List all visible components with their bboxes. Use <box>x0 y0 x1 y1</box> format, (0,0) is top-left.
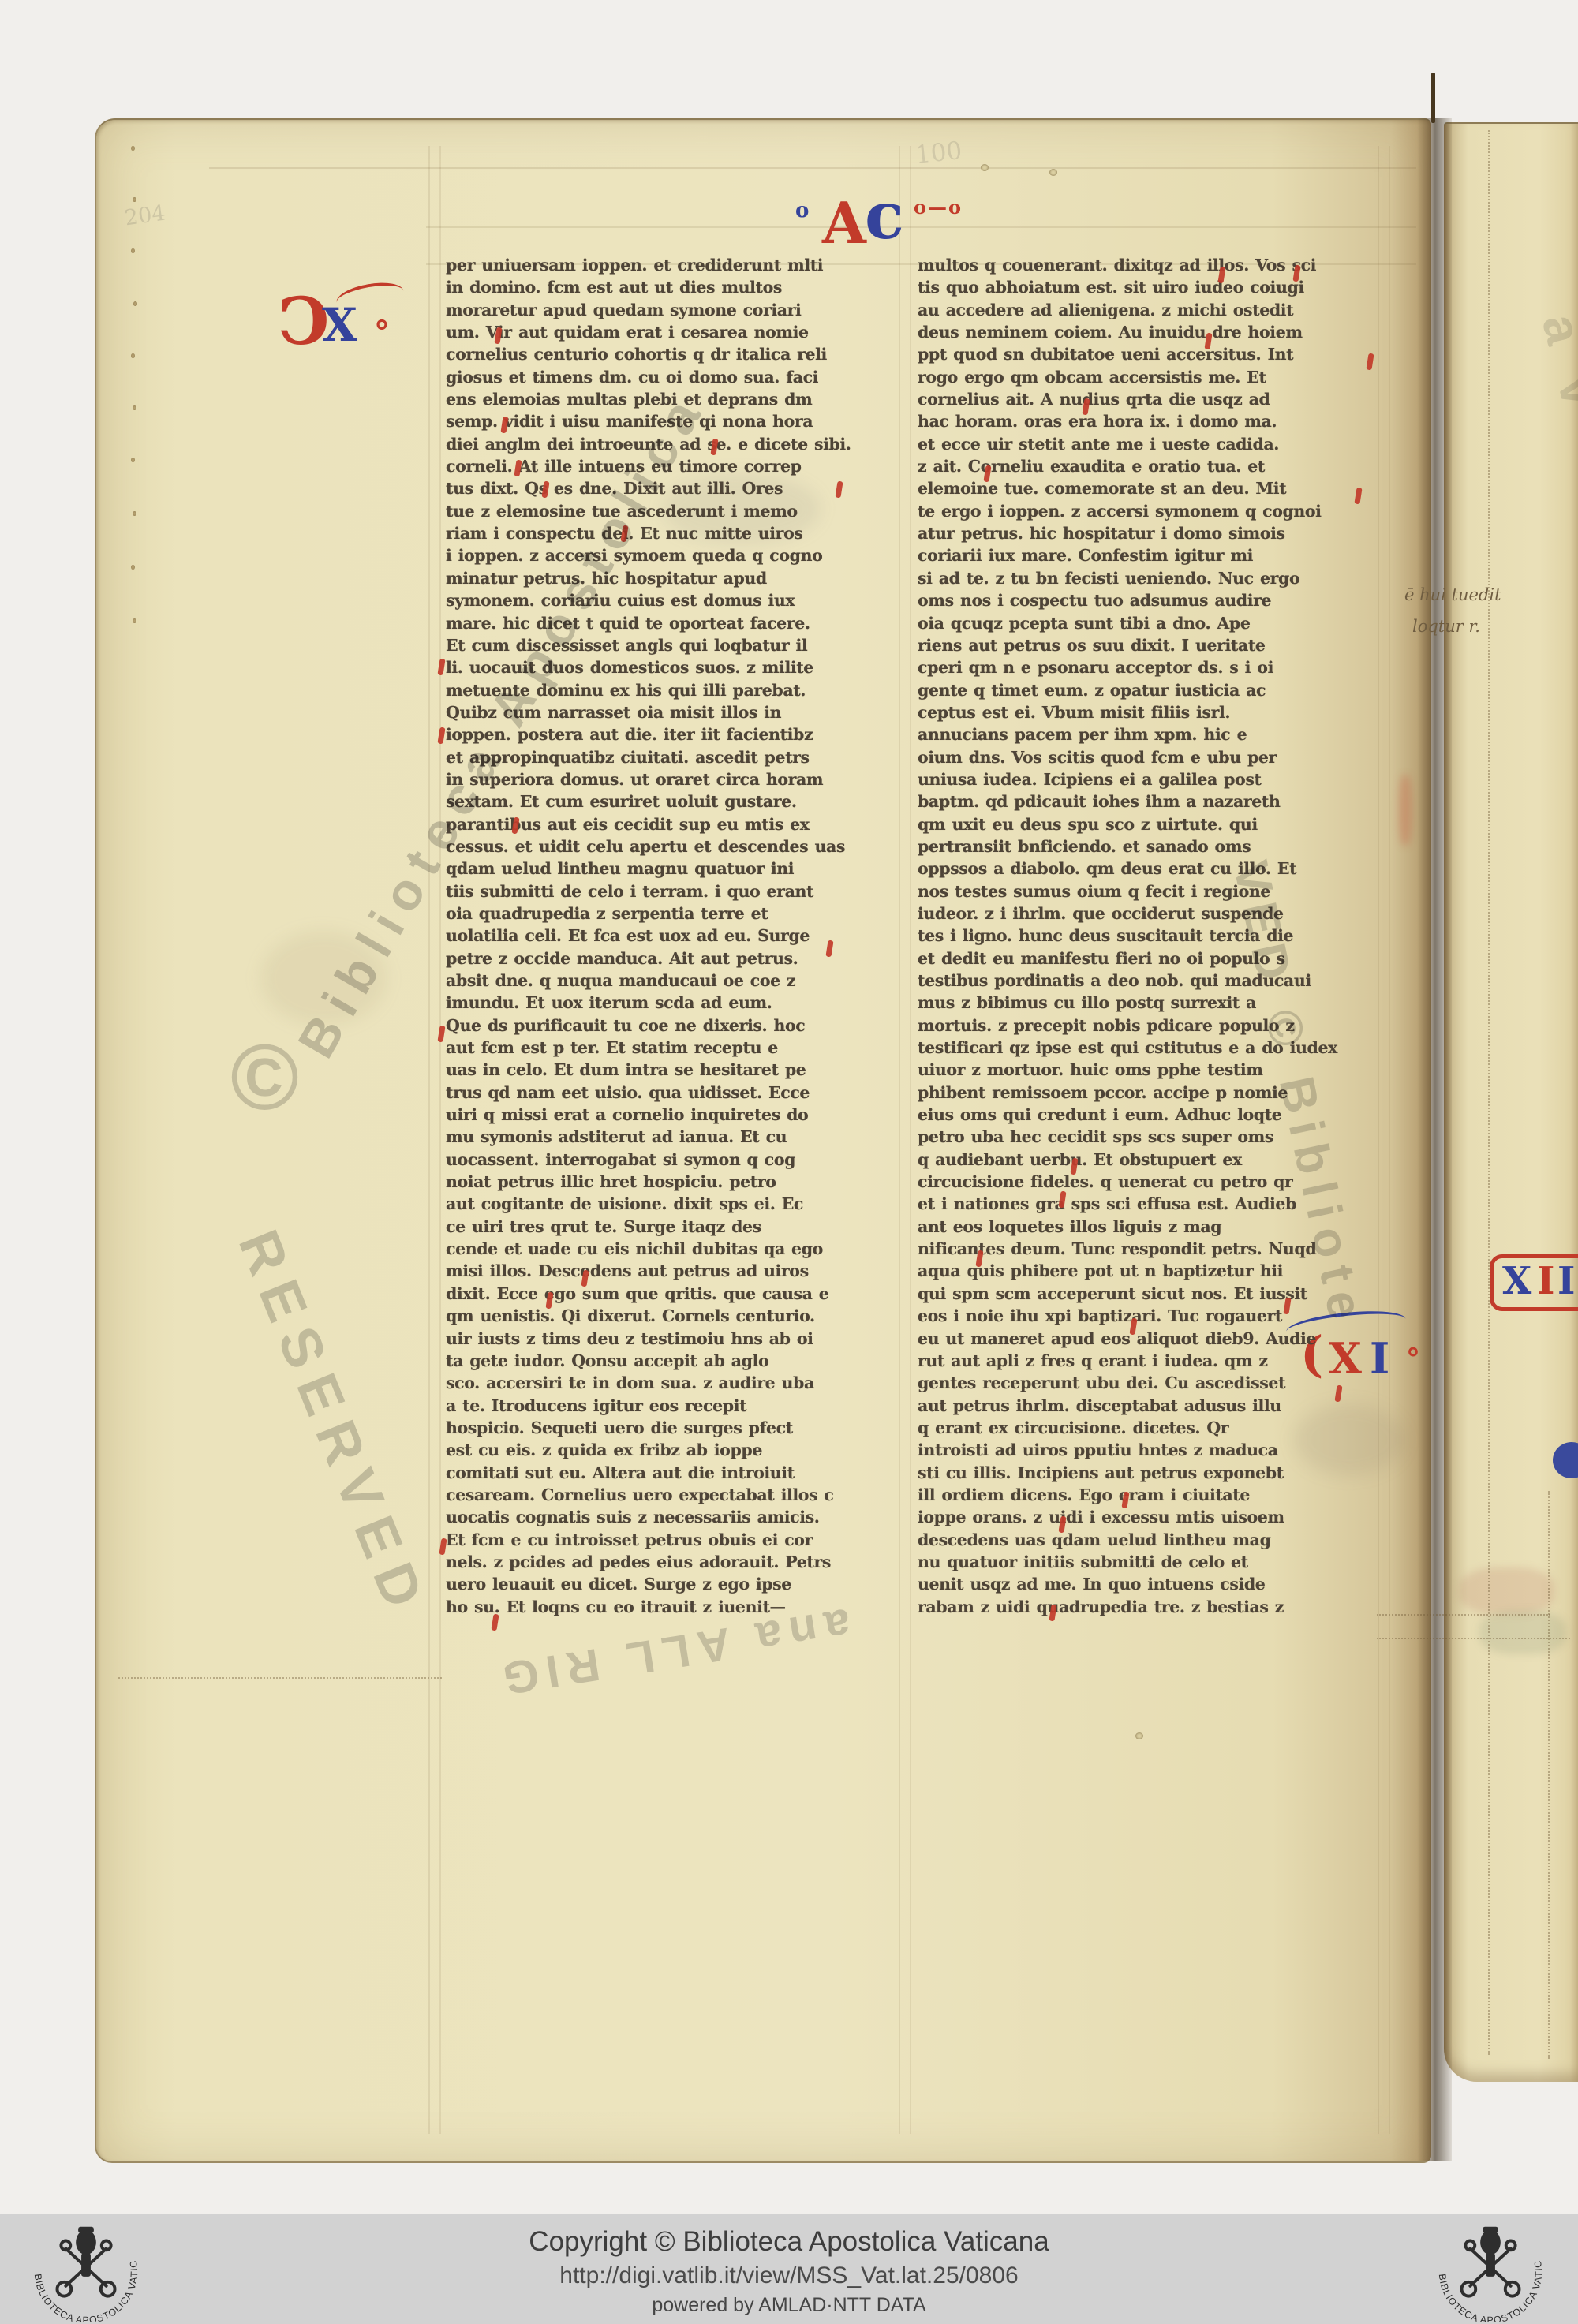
manuscript-line: annucians pacem per ihm xpm. hic e <box>918 723 1385 745</box>
manuscript-line: aut fcm est p ter. Et statim receptu e <box>446 1037 913 1059</box>
manuscript-line: tiis submitti de celo i terram. i quo er… <box>446 880 913 902</box>
manuscript-line: symonem. coriariu cuius est domus iux <box>446 589 913 611</box>
wormhole <box>1049 169 1057 176</box>
red-bleedthrough <box>1399 775 1412 846</box>
manuscript-line: sti cu illis. Incipiens aut petrus expon… <box>918 1462 1385 1484</box>
manuscript-line: mortuis. z precepit nobis pdicare populo… <box>918 1014 1385 1037</box>
manuscript-line: testibus pordinatis a deo nob. qui maduc… <box>918 970 1385 992</box>
manuscript-line: tes i ligno. hunc deus suscitauit tercia… <box>918 925 1385 947</box>
chapter-xii-numeral-i1: I <box>1537 1259 1554 1303</box>
manuscript-line: nu quatuor initiis submitti de celo et <box>918 1551 1385 1573</box>
pricking-hole <box>133 618 136 623</box>
footer-url: http://digi.vatlib.it/view/MSS_Vat.lat.2… <box>0 2262 1578 2289</box>
header-flourish-right: o—o <box>914 196 963 219</box>
manuscript-line: au accedere ad alienigena. z michi osted… <box>918 299 1385 321</box>
manuscript-line: a te. Itroducens igitur eos recepit <box>446 1395 913 1417</box>
vatican-library-logo-left: BIBLIOTECA APOSTOLICA VATICANA <box>24 2218 148 2322</box>
marginal-gloss-line1: ē hui tuedit <box>1404 585 1501 604</box>
manuscript-line: riens aut petrus os suu dixit. I ueritat… <box>918 634 1385 656</box>
manuscript-line: et ecce uir stetit ante me i ueste cadid… <box>918 433 1385 455</box>
manuscript-line: est cu eis. z quida ex fribz ab ioppe <box>446 1439 913 1461</box>
manuscript-line: oium dns. Vos scitis quod fcm e ubu per <box>918 746 1385 768</box>
manuscript-line: imundu. Et uox iterum scda ad eum. <box>446 992 913 1014</box>
pricking-hole <box>131 565 135 570</box>
pricking-hole <box>133 197 136 202</box>
wormhole <box>981 164 989 171</box>
manuscript-line: rut aut apli z fres q erant i iudea. qm … <box>918 1350 1385 1372</box>
manuscript-line: aut petrus ihrlm. disceptabat adusus ill… <box>918 1395 1385 1417</box>
manuscript-line: mus z bibimus cu illo postq surrexit a <box>918 992 1385 1014</box>
manuscript-line: uir iusts z tims deu z testimoiu hns ab … <box>446 1328 913 1350</box>
manuscript-line: cperi qm n e psonaru acceptor ds. s i oi <box>918 656 1385 678</box>
manuscript-line: uocassent. interrogabat si symon q cog <box>446 1149 913 1171</box>
manuscript-line: eos i noie ihu xpi baptizari. Tuc rogaue… <box>918 1305 1385 1327</box>
manuscript-line: multos q couenerant. dixitqz ad illos. V… <box>918 254 1385 276</box>
footer-powered-by: powered by AMLAD·NTT DATA <box>0 2294 1578 2317</box>
manuscript-line: cende et uade cu eis nichil dubitas qa e… <box>446 1238 913 1260</box>
ruling-line <box>439 146 441 2134</box>
ruling-line <box>1548 1491 1550 2059</box>
manuscript-line: tis quo abhoiatum est. sit uiro iudeo co… <box>918 276 1385 298</box>
manuscript-line: uenit usqz ad me. In quo intuens cside <box>918 1573 1385 1595</box>
manuscript-line: riam i conspectu dei. Et nuc mitte uiros <box>446 522 913 544</box>
manuscript-line: hac horam. oras era hora ix. i domo ma. <box>918 410 1385 432</box>
ruling-line <box>428 146 430 2134</box>
manuscript-line: dixit. Ecce ego sum que qritis. que caus… <box>446 1283 913 1305</box>
wormhole <box>1135 1732 1143 1739</box>
manuscript-line: noiat petrus illic hret hospiciu. petro <box>446 1171 913 1193</box>
manuscript-line: hospicio. Sequeti uero die surges pfect <box>446 1417 913 1439</box>
pricking-hole <box>133 511 136 516</box>
manuscript-line: ioppe orans. z uidi i excessu mtis uisoe… <box>918 1506 1385 1528</box>
running-title-letter-c: c <box>865 178 904 254</box>
manuscript-line: ppt quod sn dubitatoe ueni accersitus. I… <box>918 343 1385 365</box>
manuscript-line: oia quadrupedia z serpentia terre et <box>446 902 913 925</box>
manuscript-line: in domino. fcm est aut ut dies multos <box>446 276 913 298</box>
manuscript-line: qm uxit eu deus spu sco z uirtute. qui <box>918 813 1385 835</box>
manuscript-line: trus qd nam eet uisio. qua uidisset. Ecc… <box>446 1082 913 1104</box>
manuscript-line: oppssos a diabolo. qm deus erat cu illo.… <box>918 857 1385 880</box>
manuscript-line: mare. hic dicet t quid te oporteat facer… <box>446 612 913 634</box>
ruling-line <box>426 226 1416 228</box>
manuscript-line: si ad te. z tu bn fecisti ueniendo. Nuc … <box>918 567 1385 589</box>
manuscript-line: sco. accersiri te in dom sua. z audire u… <box>446 1372 913 1394</box>
manuscript-line: introisti ad uiros pputiu hntes z maduca <box>918 1439 1385 1461</box>
manuscript-line: q erant ex circucisione. dicetes. Qr <box>918 1417 1385 1439</box>
bleedthrough-smudge <box>1460 1567 1554 1615</box>
pricking-hole <box>131 458 135 462</box>
manuscript-line: ta gete iudor. Qonsu accepit ab aglo <box>446 1350 913 1372</box>
manuscript-line: tus dixt. Qs es dne. Dixit aut illi. Ore… <box>446 477 913 499</box>
pricking-hole <box>133 301 137 306</box>
running-title-letter-a: A <box>822 189 866 256</box>
manuscript-line: cornelius ait. A nudius qrta die usqz ad <box>918 388 1385 410</box>
manuscript-line: comitati sut eu. Altera aut die introiui… <box>446 1462 913 1484</box>
manuscript-line: oia qcuqz pcepta sunt tibi a dno. Ape <box>918 612 1385 634</box>
manuscript-line: Que ds purificauit tu coe ne dixeris. ho… <box>446 1014 913 1037</box>
binding-thread <box>1431 73 1435 123</box>
chapter-xii-numeral-x: X <box>1502 1259 1531 1303</box>
pricking-hole <box>131 146 135 151</box>
manuscript-line: ill ordiem dicens. Ego eram i ciuitate <box>918 1484 1385 1506</box>
manuscript-line: tue z elemosine tue ascederunt i memo <box>446 500 913 522</box>
manuscript-line: mu symonis adstiterut ad ianua. Et cu <box>446 1126 913 1148</box>
manuscript-line: in superiora domus. ut oraret circa hora… <box>446 768 913 790</box>
pricking-hole <box>131 248 135 253</box>
pencil-folio-number: 100 <box>914 136 963 170</box>
manuscript-line: i ioppen. z accersi symoem queda q cogno <box>446 544 913 566</box>
ruling-line <box>1377 1638 1570 1639</box>
manuscript-line: gente q timet eum. z opatur iusticia ac <box>918 679 1385 701</box>
manuscript-line: rogo ergo qm obcam accersistis me. Et <box>918 366 1385 388</box>
manuscript-line: nels. z pcides ad pedes eius adorauit. P… <box>446 1551 913 1573</box>
ruling-line <box>1488 130 1490 2055</box>
manuscript-line: qdam uelud lintheu magnu quatuor ini <box>446 857 913 880</box>
text-column-b: multos q couenerant. dixitqz ad illos. V… <box>918 254 1385 1640</box>
manuscript-line: coriarii iux mare. Confestim igitur mi <box>918 544 1385 566</box>
chapter-xi-dot: ° <box>1406 1343 1420 1376</box>
manuscript-line: ce uiri tres qrut te. Surge itaqz des <box>446 1216 913 1238</box>
manuscript-line: uero leuauit eu dicet. Surge z ego ipse <box>446 1573 913 1595</box>
manuscript-line: uas in celo. Et dum intra se hesitaret p… <box>446 1059 913 1081</box>
manuscript-line: minatur petrus. hic hospitatur apud <box>446 567 913 589</box>
manuscript-line: oms nos i cospectu tuo adsumus audire <box>918 589 1385 611</box>
manuscript-line: aut cogitante de uisione. dixit sps ei. … <box>446 1193 913 1215</box>
manuscript-line: et dedit eu manifestu fieri no oi populo… <box>918 947 1385 970</box>
manuscript-line: qm uenistis. Qi dixerut. Cornels centuri… <box>446 1305 913 1327</box>
ruling-line <box>1377 1614 1550 1616</box>
manuscript-line: uocatis cognatis suis z necessariis amic… <box>446 1506 913 1528</box>
manuscript-line: te ergo i ioppen. z accersi symonem q co… <box>918 500 1385 522</box>
header-flourish-left: o <box>795 199 809 222</box>
manuscript-line: gentes receperunt ubu dei. Cu ascedisset <box>918 1372 1385 1394</box>
vatican-library-logo-right: BIBLIOTECA APOSTOLICA VATICANA <box>1428 2218 1553 2322</box>
footer-copyright: Copyright © Biblioteca Apostolica Vatica… <box>0 2226 1578 2258</box>
manuscript-line: absit dne. q nuqua manducaui oe coe z <box>446 970 913 992</box>
scanned-manuscript-page: { "header": { "running_title_left": "A",… <box>0 0 1578 2324</box>
ruling-line <box>1389 146 1390 2134</box>
manuscript-line: uiri q missi erat a cornelio inquiretes … <box>446 1104 913 1126</box>
manuscript-line: Et fcm e cu introisset petrus obuis ei c… <box>446 1529 913 1551</box>
ruling-line <box>209 167 1416 169</box>
bleedthrough-smudge <box>1479 1611 1566 1654</box>
manuscript-line <box>918 1618 1385 1640</box>
manuscript-line: descedens uas qdam uelud lintheu mag <box>918 1529 1385 1551</box>
ruling-line <box>118 1677 442 1679</box>
copyright-watermark: © <box>230 1024 299 1131</box>
manuscript-line: deus neminem coiem. Au inuidu dre hoiem <box>918 321 1385 343</box>
manuscript-line: eu ut maneret apud eos aliquot dieb9. Au… <box>918 1328 1385 1350</box>
manuscript-line: ceptus est ei. Vbum misit filiis isrl. <box>918 701 1385 723</box>
manuscript-line: pertransiit bnficiendo. et sanado oms <box>918 835 1385 857</box>
manuscript-line: atur petrus. hic hospitatur i domo simoi… <box>918 522 1385 544</box>
manuscript-line: uniusa iudea. Icipiens ei a galilea post <box>918 768 1385 790</box>
manuscript-line: sextam. Et cum esuriret uoluit gustare. <box>446 790 913 813</box>
manuscript-line: moraretur apud quedam symone coriari <box>446 299 913 321</box>
manuscript-line: iudeor. z i ihrlm. que occiderut suspend… <box>918 902 1385 925</box>
marginal-gloss-line2: loqtur r. <box>1412 617 1480 636</box>
manuscript-line: rabam z uidi quadrupedia tre. z bestias … <box>918 1596 1385 1618</box>
chapter-xii-numeral-i2: I <box>1557 1259 1575 1303</box>
manuscript-line: misi illos. Descedens aut petrus ad uiro… <box>446 1260 913 1282</box>
manuscript-line: uolatilia celi. Et fca est uox ad eu. Su… <box>446 925 913 947</box>
manuscript-line: petre z occide manduca. Ait aut petrus. <box>446 947 913 970</box>
footer-band: Copyright © Biblioteca Apostolica Vatica… <box>0 2214 1578 2324</box>
manuscript-line: per uniuersam ioppen. et crediderunt mlt… <box>446 254 913 276</box>
manuscript-line: um. Vir aut quidam erat i cesarea nomie <box>446 321 913 343</box>
chapter-x-dot: ° <box>374 314 390 351</box>
manuscript-line: cessus. et uidit celu apertu et descende… <box>446 835 913 857</box>
manuscript-line: nos testes sumus oium q fecit i regione <box>918 880 1385 902</box>
pricking-hole <box>131 353 135 358</box>
manuscript-line: baptm. qd pdicauit iohes ihm a nazareth <box>918 790 1385 813</box>
page-fold-gutter <box>1417 118 1452 2161</box>
pricking-hole <box>133 405 136 410</box>
manuscript-line: cesaream. Cornelius uero expectabat illo… <box>446 1484 913 1506</box>
